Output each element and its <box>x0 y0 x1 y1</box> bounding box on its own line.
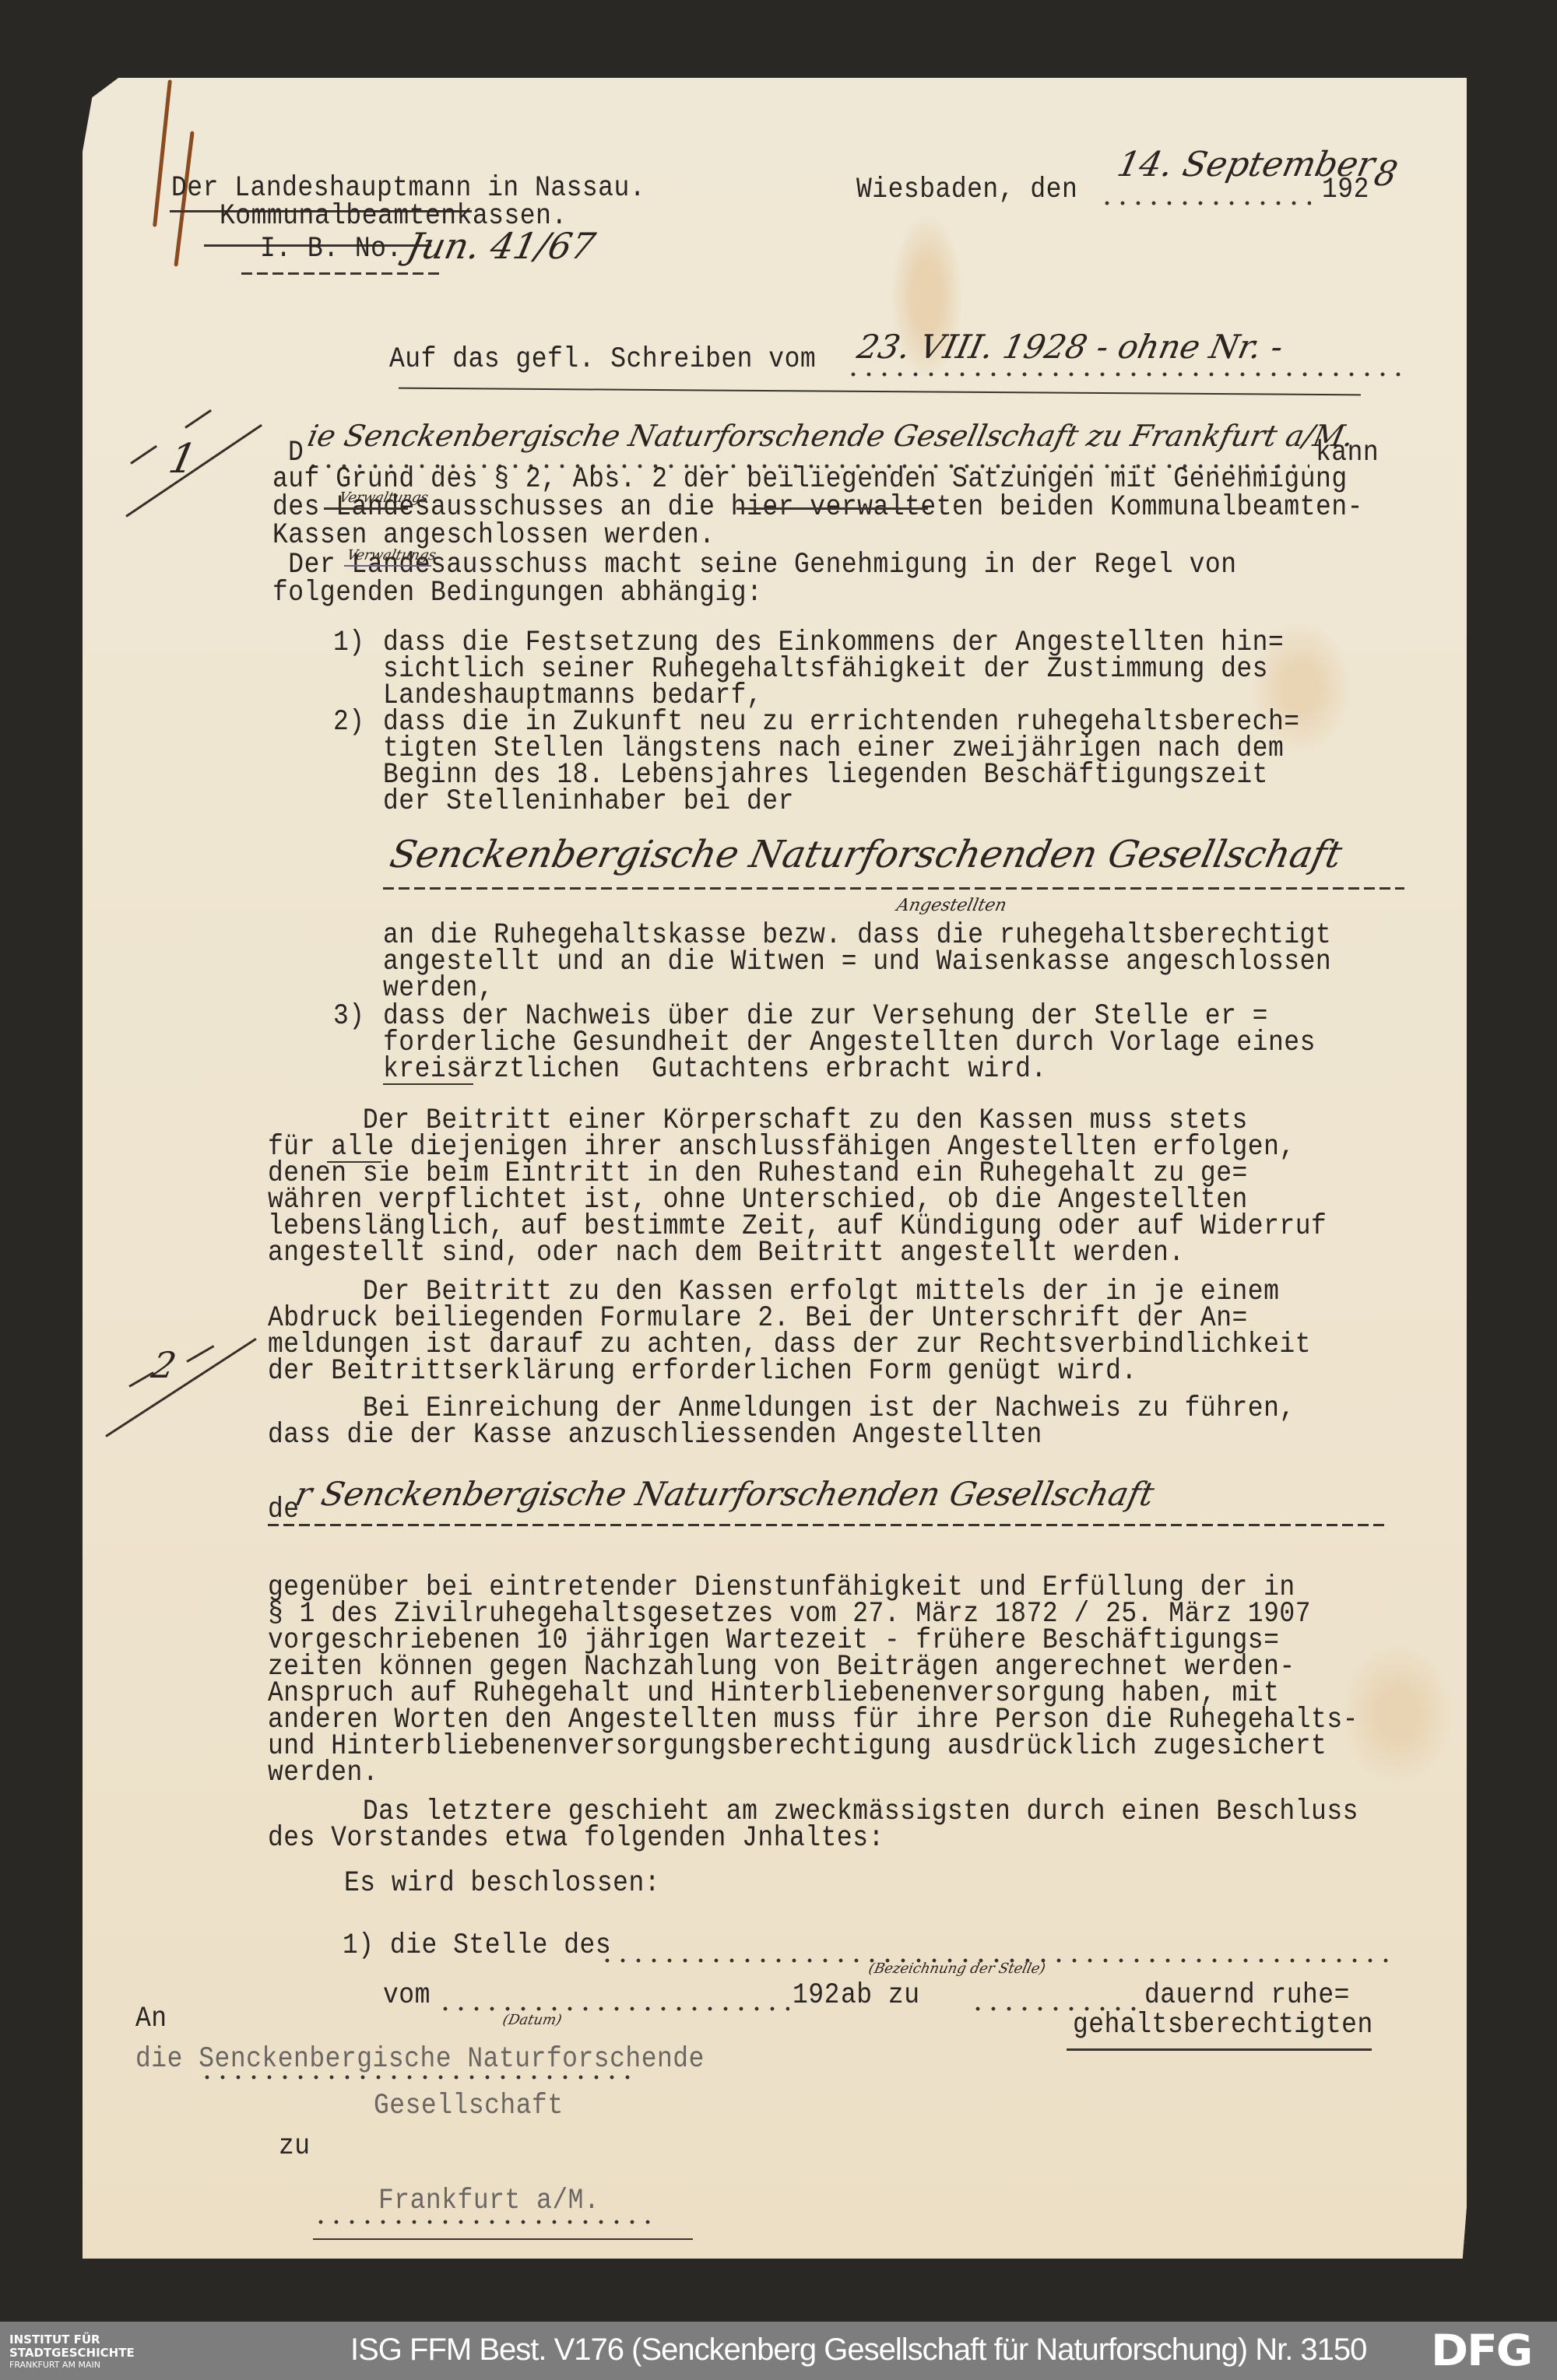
condition-2-handwritten-name: Senckenbergische Naturforschenden Gesell… <box>388 839 1344 870</box>
date-dotted-line <box>1099 201 1311 205</box>
address-city-underline <box>313 2238 693 2240</box>
opening-line-5: folgenden Bedingungen abhängig: <box>272 577 762 609</box>
file-number-label: I. B. No. <box>260 233 402 265</box>
condition-2-line-4: der Stelleninhaber bei der <box>383 786 794 817</box>
institute-logo-line-3: FRANKFURT AM MAIN <box>9 2360 100 2370</box>
condition-2-insertion: Angestellten <box>895 898 1008 914</box>
formulare-line-4: der Beitrittserklärung erforderlichen Fo… <box>268 1356 1137 1387</box>
margin-mark-2: 2 <box>149 1350 179 1381</box>
resolution-hint-1: (Bezeichnung der Stelle) <box>867 1961 1047 1977</box>
address-recipient-line-1: die Senckenbergische Naturforschende <box>135 2044 705 2075</box>
reference-underline <box>399 388 1361 396</box>
opening-line-3: Kassen angeschlossen werden. <box>272 520 715 551</box>
file-number-handwritten: Jun. 41/67 <box>405 230 598 262</box>
condition-3-line-3: kreisärztlichen Gutachtens erbracht wird… <box>383 1054 1047 1085</box>
margin-slash-2c <box>186 1345 214 1363</box>
resolution-line-1: 1) die Stelle des <box>343 1930 611 1961</box>
kreisaerztlich-underline <box>383 1083 473 1085</box>
einreichung-line-2: dass die der Kasse anzuschliessenden Ang… <box>268 1420 1042 1451</box>
condition-2-name-underline <box>383 887 1404 890</box>
address-recipient-line-2: Gesellschaft <box>374 2090 564 2122</box>
name-2-handwritten: r Senckenbergische Naturforschenden Gese… <box>293 1479 1157 1510</box>
resolution-line-3-underline <box>1067 2048 1372 2051</box>
red-pencil-mark <box>153 79 172 226</box>
document-page: Der Landeshauptmann in Nassau. Kommunalb… <box>83 78 1467 2259</box>
institute-logo-line-2: STADTGESCHICHTE <box>9 2346 135 2360</box>
reference-label: Auf das gefl. Schreiben vom <box>389 344 816 375</box>
opening-handwritten-name: ie Senckenbergische Naturforschende Gese… <box>305 420 1357 451</box>
resolution-ab-zu: ab zu <box>841 1980 920 2011</box>
address-at-label: zu <box>279 2131 311 2162</box>
archive-footer-bar: INSTITUT FÜR STADTGESCHICHTE FRANKFURT A… <box>0 2322 1557 2380</box>
resolution-line-3: gehaltsberechtigten <box>1073 2010 1373 2041</box>
beitritt-line-6: angestellt sind, oder nach dem Beitritt … <box>268 1237 1185 1269</box>
resolution-year: 192 <box>793 1980 840 2011</box>
reference-date-handwritten: 23. VIII. 1928 - ohne Nr. - <box>855 332 1286 363</box>
resolution-vom: vom <box>383 1980 431 2011</box>
condition-1-number: 1) <box>333 627 365 658</box>
margin-slash-1c <box>185 409 212 429</box>
condition-2-cont-2: angestellt und an die Witwen = und Waise… <box>383 946 1331 978</box>
strike-hier-verwalteten <box>736 507 928 510</box>
address-city: Frankfurt a/M. <box>378 2185 599 2217</box>
address-recipient-dots <box>199 2075 635 2080</box>
resolution-dauernd: dauernd ruhe= <box>1144 1980 1350 2011</box>
year-handwritten: 8 <box>1372 159 1401 190</box>
margin-slash-1b <box>130 445 157 465</box>
beschluss-line-2: des Vorstandes etwa folgenden Jnhaltes: <box>268 1823 884 1854</box>
resolution-heading: Es wird beschlossen: <box>344 1868 660 1899</box>
address-to-label: An <box>135 2003 167 2034</box>
name-2-underline <box>268 1524 1386 1526</box>
place-date-label: Wiesbaden, den <box>856 174 1077 205</box>
gegenueber-line-8: werden. <box>268 1757 378 1789</box>
archive-caption: ISG FFM Best. V176 (Senckenberg Gesellsc… <box>350 2329 1366 2370</box>
resolution-dotted-2 <box>438 2006 789 2011</box>
margin-slash-2 <box>105 1338 257 1437</box>
condition-2-number: 2) <box>333 707 365 738</box>
condition-3-number: 3) <box>333 1001 365 1032</box>
gegenueber-line-7: und Hinterbliebenenversorgungsberechtigu… <box>268 1731 1327 1762</box>
resolution-hint-2: (Datum) <box>501 2013 563 2028</box>
dfg-logo: DFG <box>1431 2328 1531 2374</box>
institute-logo-line-1: INSTITUT FÜR <box>9 2333 100 2347</box>
reference-dotted-line <box>845 372 1406 377</box>
strike-landes-1 <box>324 507 408 510</box>
address-city-dots <box>313 2220 659 2224</box>
file-number-underline <box>241 272 444 275</box>
strike-landes-2 <box>344 565 431 567</box>
year-typed: 192 <box>1322 174 1369 205</box>
